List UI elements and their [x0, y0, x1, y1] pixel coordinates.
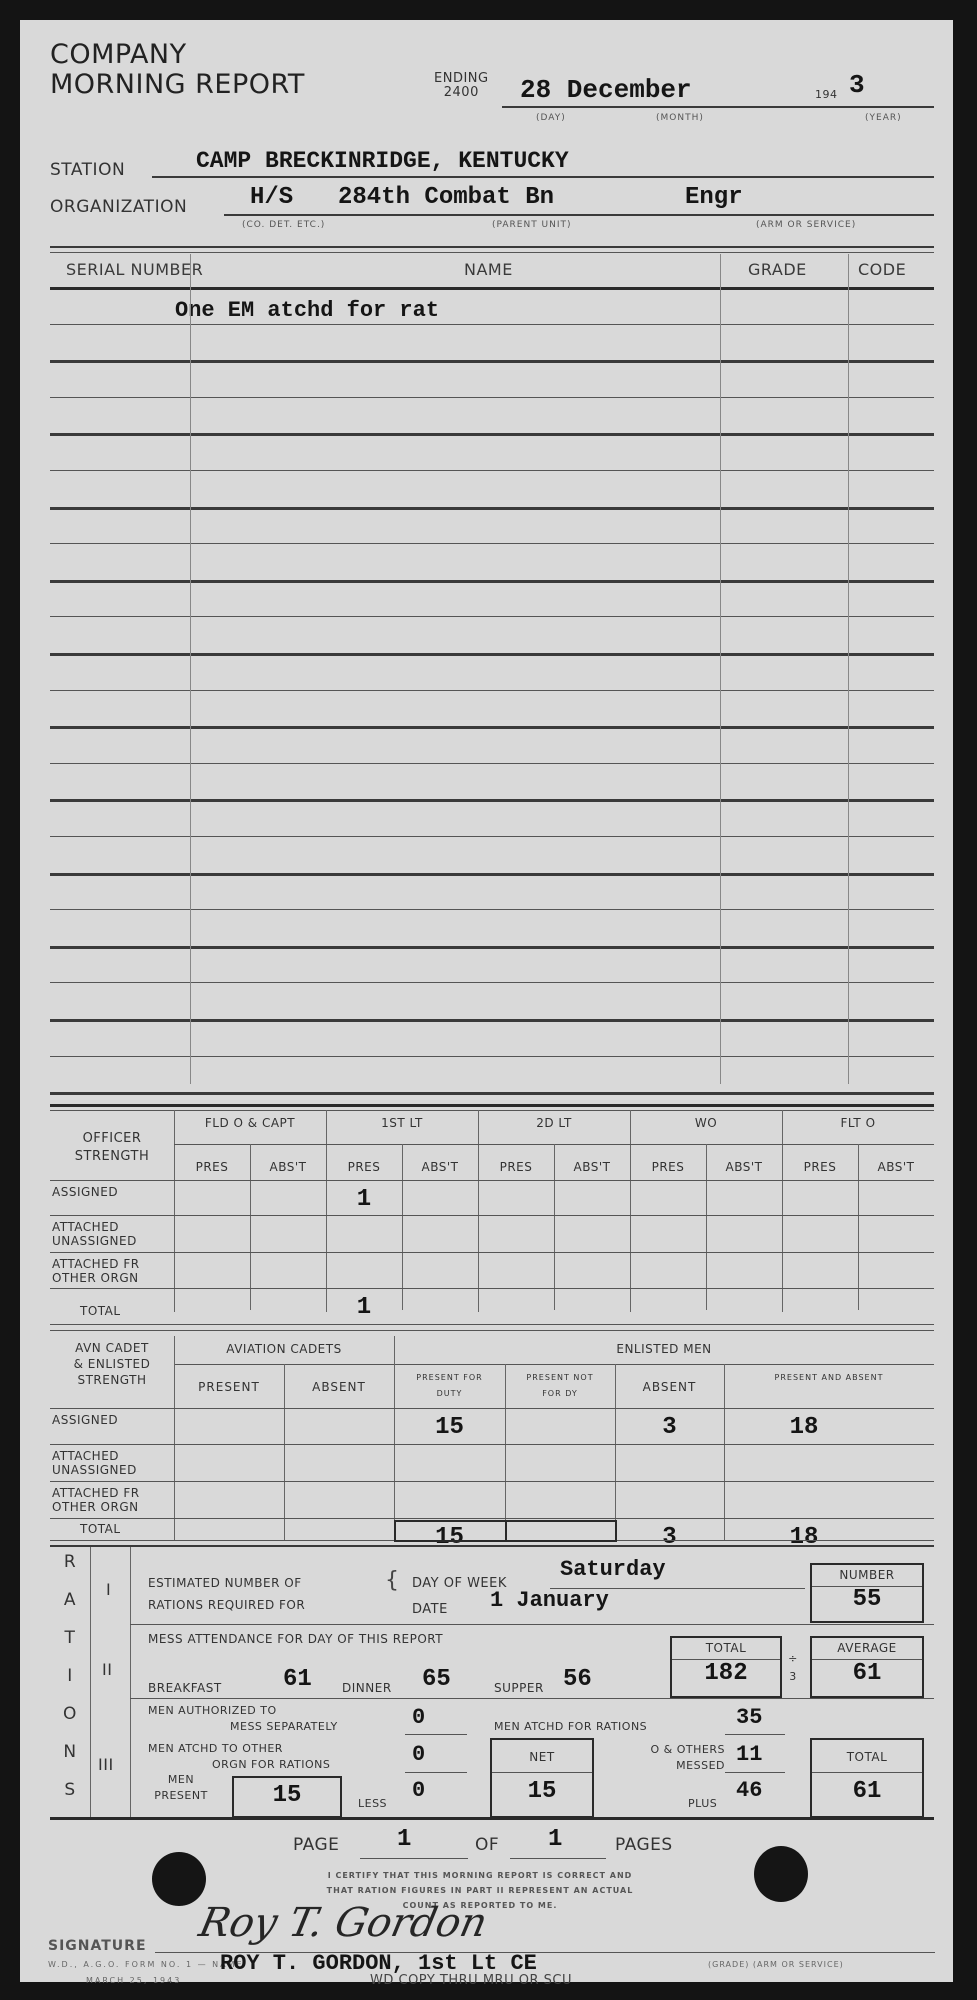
total-present-duty-box: [394, 1520, 507, 1542]
part1-numeral: I: [106, 1580, 111, 1599]
rations-total-value: 61: [812, 1778, 922, 1805]
officer-group-header: 1ST LT: [326, 1116, 478, 1130]
year-caption: (YEAR): [865, 113, 902, 123]
atchd-rations-value: 35: [736, 1705, 762, 1730]
auth-sep-label1: MEN AUTHORIZED TO: [148, 1704, 277, 1717]
enlisted-row-label: ASSIGNED: [52, 1413, 172, 1427]
number-box: NUMBER 55: [810, 1563, 924, 1623]
less-label: LESS: [358, 1797, 387, 1810]
part1-label-line2: RATIONS REQUIRED FOR: [148, 1594, 305, 1616]
certify-line1: I CERTIFY THAT THIS MORNING REPORT IS CO…: [260, 1868, 700, 1883]
divide-by-3: ÷ 3: [786, 1650, 800, 1686]
date-label: DATE: [412, 1602, 448, 1617]
officer-cell-value: 1: [326, 1294, 402, 1321]
enlisted-cell-value: 18: [699, 1414, 909, 1441]
enlisted-subheader: PRESENT AND ABSENT: [724, 1370, 934, 1386]
officer-cell-value: 1: [326, 1186, 402, 1213]
number-label: NUMBER: [812, 1568, 922, 1582]
ration-date-value: 1 January: [490, 1588, 609, 1613]
atchd-other-value: 0: [412, 1742, 425, 1767]
rations-total-box: TOTAL 61: [810, 1738, 924, 1818]
men-present-label: MEN PRESENT: [146, 1772, 216, 1804]
supper-label: SUPPER: [494, 1681, 544, 1695]
plus-label: PLUS: [688, 1797, 717, 1810]
others-value: 11: [736, 1742, 762, 1767]
part1-label-line1: ESTIMATED NUMBER OF: [148, 1572, 305, 1594]
breakfast-label: BREAKFAST: [148, 1681, 222, 1695]
average-box: AVERAGE 61: [810, 1636, 924, 1698]
header-code: CODE: [858, 260, 906, 279]
officer-subheader: PRES: [326, 1160, 402, 1174]
enlisted-row-label: ATTACHED UNASSIGNED: [52, 1449, 172, 1477]
officer-subheader: ABS'T: [706, 1160, 782, 1174]
ending-text: ENDING: [434, 72, 489, 86]
officer-subheader: ABS'T: [554, 1160, 630, 1174]
rations-letter: O: [52, 1704, 88, 1724]
others-label: O & OTHERS MESSED: [625, 1742, 725, 1774]
men-present-label2: PRESENT: [146, 1788, 216, 1804]
officer-subheader: ABS'T: [250, 1160, 326, 1174]
page-number: 1: [397, 1826, 411, 1853]
men-present-label1: MEN: [146, 1772, 216, 1788]
officer-group-header: FLD O & CAPT: [174, 1116, 326, 1130]
organization-label: ORGANIZATION: [50, 197, 187, 217]
others-label1: O & OTHERS: [625, 1742, 725, 1758]
others-label2: MESSED: [625, 1758, 725, 1774]
net-box: NET 15: [490, 1738, 594, 1818]
day-of-week-value: Saturday: [560, 1557, 666, 1582]
average-label: AVERAGE: [812, 1641, 922, 1655]
rations-total-label: TOTAL: [812, 1750, 922, 1764]
enlisted-title-line: & ENLISTED: [50, 1356, 174, 1372]
enlisted-subheader: ABSENT: [615, 1380, 724, 1394]
form-number: W.D., A.G.O. FORM NO. 1 — NAME: [48, 1960, 244, 1969]
enlisted-strength-title: AVN CADET& ENLISTEDSTRENGTH: [50, 1340, 174, 1388]
month-caption: (MONTH): [656, 113, 704, 123]
caption-parent: (PARENT UNIT): [492, 220, 572, 230]
station-value: CAMP BRECKINRIDGE, KENTUCKY: [196, 148, 569, 174]
station-label: STATION: [50, 160, 125, 180]
ending-time: 2400: [434, 86, 489, 100]
morning-report-form: COMPANY MORNING REPORT ENDING 2400 28 De…: [20, 20, 953, 1982]
enlisted-subheader: ABSENT: [284, 1380, 394, 1394]
rations-letter: A: [52, 1590, 88, 1610]
officer-row-label: ATTACHED FR OTHER ORGN: [52, 1257, 172, 1285]
handwritten-signature: Roy T. Gordon: [195, 1900, 491, 1946]
mess-total-value: 182: [672, 1660, 780, 1687]
rations-letter: R: [52, 1552, 88, 1572]
day-caption: (DAY): [536, 113, 566, 123]
breakfast-value: 61: [283, 1666, 312, 1693]
ending-label: ENDING 2400: [434, 72, 489, 100]
title-line-2: MORNING REPORT: [50, 70, 305, 100]
officer-subheader: PRES: [630, 1160, 706, 1174]
enlisted-subheader: PRESENT: [174, 1380, 284, 1394]
enlisted-row-label: ATTACHED FR OTHER ORGN: [52, 1486, 172, 1514]
rations-letter: S: [52, 1780, 88, 1800]
binder-hole-left: [152, 1852, 206, 1906]
officer-subheader: ABS'T: [858, 1160, 934, 1174]
officer-row-label: ATTACHED UNASSIGNED: [52, 1220, 172, 1248]
year-suffix: 3: [849, 70, 865, 100]
officer-group-header: WO: [630, 1116, 782, 1130]
dinner-label: DINNER: [342, 1681, 392, 1695]
enlisted-men-header: ENLISTED MEN: [394, 1342, 934, 1356]
net-label: NET: [492, 1750, 592, 1764]
org-arm-service: Engr: [685, 184, 743, 211]
year-prefix: 194: [815, 88, 838, 101]
average-value: 61: [812, 1660, 922, 1687]
enlisted-subheader: PRESENT FOR DUTY: [394, 1370, 505, 1402]
atchd-other-label2: ORGN FOR RATIONS: [212, 1758, 330, 1771]
officer-row-label: ASSIGNED: [52, 1185, 172, 1199]
officer-row-label: TOTAL: [80, 1304, 200, 1318]
form-title: COMPANY MORNING REPORT: [50, 40, 305, 100]
title-line-1: COMPANY: [50, 40, 305, 70]
officer-title-line: STRENGTH: [50, 1148, 174, 1166]
number-value: 55: [812, 1586, 922, 1613]
total-present-not-duty-box: [505, 1520, 617, 1542]
enlisted-title-line: AVN CADET: [50, 1340, 174, 1356]
org-company: H/S: [250, 184, 293, 211]
mess-total-box: TOTAL 182: [670, 1636, 782, 1698]
enlisted-title-line: STRENGTH: [50, 1372, 174, 1388]
auth-sep-value: 0: [412, 1705, 425, 1730]
binder-hole-right: [754, 1846, 808, 1902]
form-date: MARCH 25, 1943: [86, 1976, 181, 1985]
report-date: 28 December: [520, 75, 692, 105]
officer-group-header: 2D LT: [478, 1116, 630, 1130]
org-parent-unit: 284th Combat Bn: [338, 184, 554, 211]
mess-attendance-label: MESS ATTENDANCE FOR DAY OF THIS REPORT: [148, 1632, 443, 1646]
header-name: NAME: [464, 260, 513, 279]
net-value: 15: [492, 1778, 592, 1805]
part2-numeral: II: [102, 1660, 112, 1679]
mess-total-label: TOTAL: [672, 1641, 780, 1655]
rations-letter: I: [52, 1666, 88, 1686]
pages-label: PAGES: [615, 1835, 673, 1855]
men-present-box: 15: [232, 1776, 342, 1818]
men-present-value: 15: [234, 1782, 340, 1809]
rations-letter: N: [52, 1742, 88, 1762]
plus-value: 46: [736, 1778, 762, 1803]
officer-subheader: ABS'T: [402, 1160, 478, 1174]
officer-subheader: PRES: [478, 1160, 554, 1174]
atchd-rations-label: MEN ATCHD FOR RATIONS: [494, 1720, 647, 1733]
of-label: OF: [475, 1835, 499, 1855]
officer-subheader: PRES: [782, 1160, 858, 1174]
supper-value: 56: [563, 1666, 592, 1693]
enlisted-subheader: PRESENT NOT FOR DY: [505, 1370, 615, 1402]
caption-company: (CO. DET. ETC.): [242, 220, 325, 230]
part3-numeral: III: [98, 1755, 114, 1774]
header-serial-number: SERIAL NUMBER: [66, 260, 203, 279]
certify-line2: THAT RATION FIGURES IN PART II REPRESENT…: [260, 1883, 700, 1898]
page-label: PAGE: [293, 1835, 339, 1855]
dinner-value: 65: [422, 1666, 451, 1693]
copy-note: WD COPY THRU MRU OR SCU: [370, 1973, 572, 1988]
auth-sep-label2: MESS SEPARATELY: [230, 1720, 338, 1733]
brace: {: [385, 1568, 400, 1593]
signer-caption: (GRADE) (ARM OR SERVICE): [708, 1960, 844, 1969]
total-pages: 1: [548, 1826, 562, 1853]
enlisted-row-label: TOTAL: [80, 1522, 200, 1536]
aviation-cadets-header: AVIATION CADETS: [174, 1342, 394, 1356]
part1-label: ESTIMATED NUMBER OF RATIONS REQUIRED FOR: [148, 1572, 305, 1616]
header-grade: GRADE: [748, 260, 807, 279]
officer-subheader: PRES: [174, 1160, 250, 1174]
caption-arm: (ARM OR SERVICE): [756, 220, 856, 230]
enlisted-cell-value: 15: [394, 1414, 505, 1441]
less-value: 0: [412, 1778, 425, 1803]
officer-strength-title: OFFICERSTRENGTH: [50, 1130, 174, 1166]
signature-label: SIGNATURE: [48, 1938, 147, 1954]
officer-group-header: FLT O: [782, 1116, 934, 1130]
atchd-other-label1: MEN ATCHD TO OTHER: [148, 1742, 283, 1755]
rations-letter: T: [52, 1628, 88, 1648]
roster-entry: One EM atchd for rat: [175, 298, 439, 323]
officer-title-line: OFFICER: [50, 1130, 174, 1148]
